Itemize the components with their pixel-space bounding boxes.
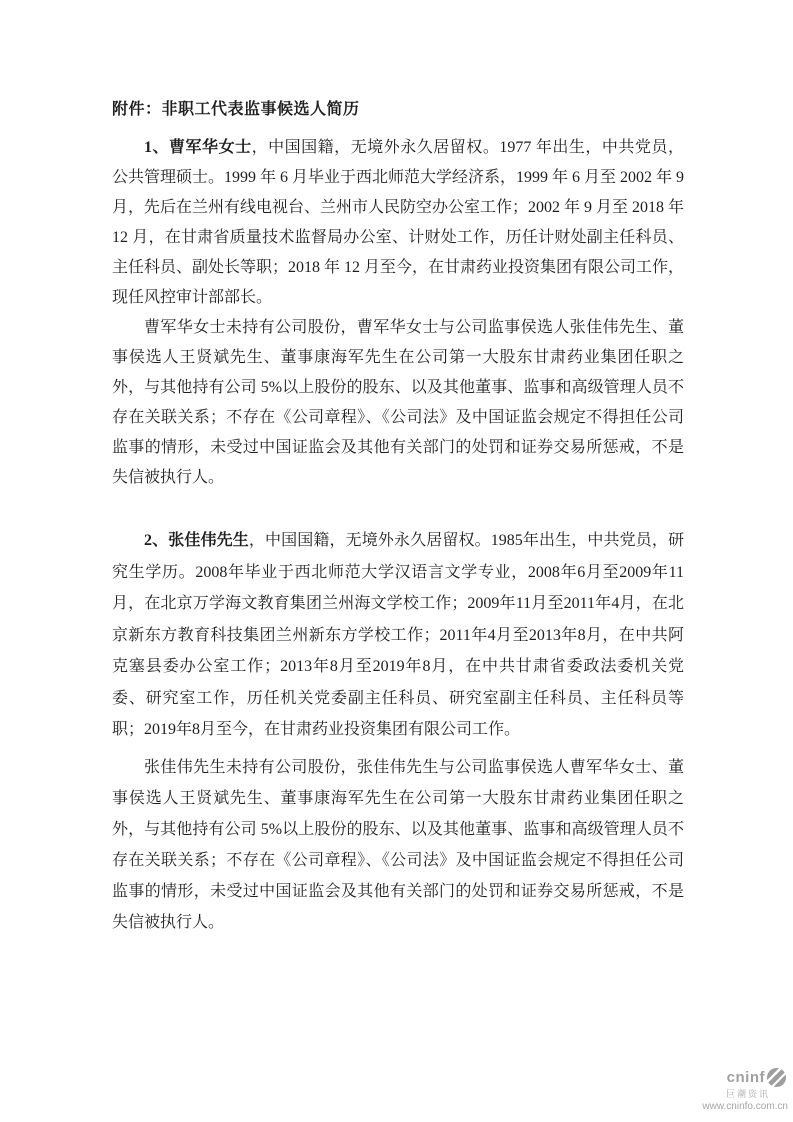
candidate-1-disclosure-paragraph: 曹军华女士未持有公司股份，曹军华女士与公司监事侯选人张佳伟先生、董事侯选人王贤斌… [112, 313, 684, 493]
candidate-2-name: 2、张佳伟先生 [144, 532, 249, 549]
candidate-1-bio-paragraph: 1、曹军华女士，中国国籍，无境外永久居留权。1977 年出生，中共党员，公共管理… [112, 133, 684, 313]
document-body: 附件：非职工代表监事候选人简历 1、曹军华女士，中国国籍，无境外永久居留权。19… [112, 99, 684, 938]
candidate-2-bio-text: ，中国国籍，无境外永久居留权。1985年出生，中共党员，研究生学历。2008年毕… [112, 532, 684, 738]
cninfo-swirl-icon [767, 1068, 786, 1087]
cninfo-brand-chinese: 巨潮资讯 [726, 1090, 770, 1099]
page-title: 附件：非职工代表监事候选人简历 [112, 99, 684, 121]
candidate-1-name: 1、曹军华女士 [144, 139, 252, 156]
cninfo-brand-row: cninf [727, 1068, 786, 1087]
candidate-1-bio-text: ，中国国籍，无境外永久居留权。1977 年出生，中共党员，公共管理硕士。1999… [112, 139, 684, 306]
cninfo-url: www.cninfo.com.cn [702, 1102, 788, 1112]
candidate-2-bio-paragraph: 2、张佳伟先生，中国国籍，无境外永久居留权。1985年出生，中共党员，研究生学历… [112, 525, 684, 746]
cninfo-watermark: cninf 巨潮资讯 www.cninfo.com.cn [702, 1068, 788, 1112]
document-page: 附件：非职工代表监事候选人简历 1、曹军华女士，中国国籍，无境外永久居留权。19… [0, 0, 793, 1122]
cninfo-brand-text: cninf [727, 1070, 765, 1085]
candidate-2-disclosure-paragraph: 张佳伟先生未持有公司股份，张佳伟先生与公司监事侯选人曹军华女士、董事侯选人王贤斌… [112, 752, 684, 938]
